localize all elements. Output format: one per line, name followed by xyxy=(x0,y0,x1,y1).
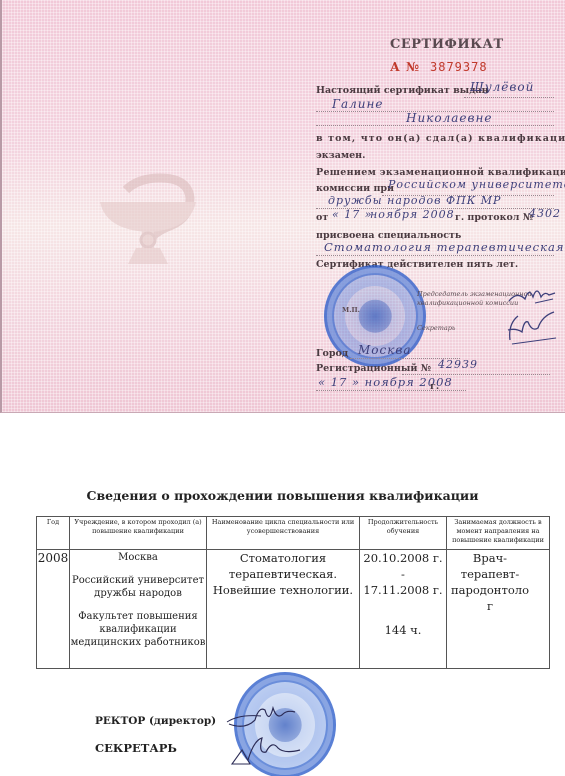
rector-label: РЕКТОР (директор) xyxy=(95,715,216,727)
exam-text-line2: экзамен. xyxy=(316,150,365,161)
protocol-number: 4302 xyxy=(529,207,561,220)
city-label: Город xyxy=(316,348,348,359)
commission-name-line1: Российском университете xyxy=(388,178,565,191)
cell-year: 2008 xyxy=(37,550,70,669)
table-row: 2008 Москва Российский университет дружб… xyxy=(37,550,550,669)
secretary-label-bottom: СЕКРЕТАРЬ xyxy=(95,741,177,755)
validity-text: Сертификат действителен пять лет. xyxy=(316,259,518,270)
date-from: 20.10.2008 г. xyxy=(360,550,446,566)
city-value: Москва xyxy=(358,343,412,357)
cell-position: Врач-терапевт-пародонтолог xyxy=(447,550,550,669)
chairman-signature xyxy=(507,283,557,309)
certificate-number-value: 3879378 xyxy=(430,60,488,74)
institution-faculty: Факультет повышения квалификации медицин… xyxy=(70,610,206,649)
secretary-label: Секретарь xyxy=(417,324,455,332)
specialty-value: Стоматология терапевтическая xyxy=(324,240,564,254)
table-header-row: Год Учреждение, в котором проходил (а) п… xyxy=(37,517,550,550)
commission-label: комиссии при xyxy=(316,183,394,194)
bowl-of-hygieia-icon xyxy=(98,160,198,265)
institution-name: Российский университет дружбы народов xyxy=(70,574,206,600)
decision-text: Решением экзаменационной квалификационно… xyxy=(316,167,565,178)
from-label: от xyxy=(316,212,328,223)
certificate-page: СЕРТИФИКАТ А №3879378 Настоящий сертифик… xyxy=(0,0,565,413)
secretary-signature xyxy=(502,310,558,346)
cell-duration: 20.10.2008 г. - 17.11.2008 г. 144 ч. xyxy=(360,550,447,669)
underline xyxy=(316,255,554,256)
emblem-icon xyxy=(359,300,392,333)
cell-cycle: Стоматология терапевтическая. Новейшие т… xyxy=(207,550,360,669)
holder-surname: Шулёвой xyxy=(470,80,534,94)
qualification-table: Год Учреждение, в котором проходил (а) п… xyxy=(36,516,550,669)
certificate-number: А №3879378 xyxy=(390,60,488,74)
column-header-institution: Учреждение, в котором проходил (а) повыш… xyxy=(70,517,207,550)
date-to: 17.11.2008 г. xyxy=(360,582,446,598)
column-header-position: Занимаемая должность в момент направлени… xyxy=(447,517,550,550)
underline xyxy=(316,390,466,391)
column-header-cycle: Наименование цикла специальности или усо… xyxy=(207,517,360,550)
commission-name-line2: дружбы народов ФПК МР xyxy=(328,194,501,207)
rector-signature xyxy=(225,700,300,732)
underline xyxy=(316,125,554,126)
chairman-label-line2: квалификационной комиссии xyxy=(417,299,518,307)
secretary-bottom-signature xyxy=(228,732,303,768)
hours-value: 144 ч. xyxy=(360,622,446,638)
certificate-series: А № xyxy=(390,60,420,74)
year-value: 2008 xyxy=(37,550,69,565)
qualification-title: Сведения о прохождении повышения квалифи… xyxy=(0,488,565,503)
seal-place-label: М.П. xyxy=(342,306,360,314)
date-separator: - xyxy=(360,566,446,582)
cycle-value: Стоматология терапевтическая. Новейшие т… xyxy=(207,550,359,598)
protocol-month-year: ноября 2008 xyxy=(370,208,455,221)
certificate-title: СЕРТИФИКАТ xyxy=(390,37,504,52)
holder-first-name: Галине xyxy=(332,97,383,111)
registration-label: Регистрационный № xyxy=(316,363,431,374)
issued-label: Настоящий сертификат выдан xyxy=(316,85,489,96)
institution-city: Москва xyxy=(70,550,206,564)
exam-text-line1: в том, что он(а) сдал(а) квалификационны… xyxy=(316,133,565,144)
column-header-duration: Продолжительность обучения xyxy=(360,517,447,550)
column-header-year: Год xyxy=(37,517,70,550)
holder-patronymic: Николаевне xyxy=(406,111,492,125)
underline xyxy=(464,97,554,98)
issue-date-suffix: г. xyxy=(430,381,439,392)
registration-number: 42939 xyxy=(438,358,478,371)
cell-institution: Москва Российский университет дружбы нар… xyxy=(70,550,207,669)
protocol-day: « 17 » xyxy=(332,208,372,221)
position-value: Врач-терапевт-пародонтолог xyxy=(450,550,530,614)
protocol-label: г. протокол № xyxy=(455,212,533,223)
